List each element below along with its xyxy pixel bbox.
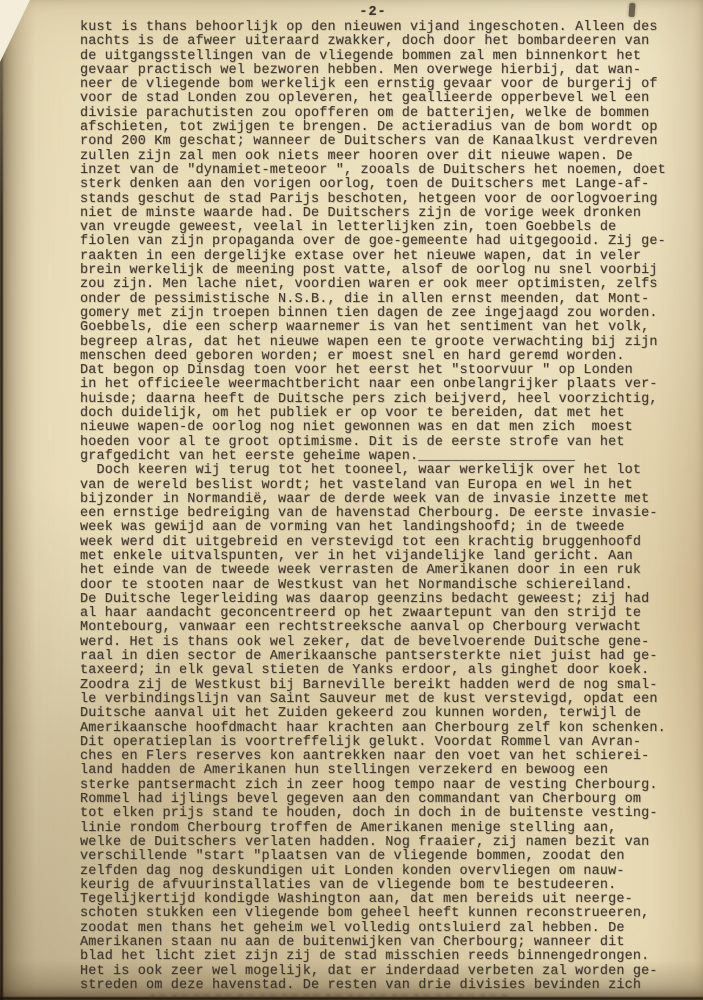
cropped-line-smudge — [150, 994, 510, 999]
page-number: -2- — [80, 5, 666, 20]
scan-edge-left — [0, 26, 3, 1000]
body-text: kust is thans behoorlijk op den nieuwen … — [80, 21, 672, 993]
document-page: -2- kust is thans behoorlijk op den nieu… — [0, 0, 703, 1000]
page-corner-fold — [0, 0, 30, 62]
